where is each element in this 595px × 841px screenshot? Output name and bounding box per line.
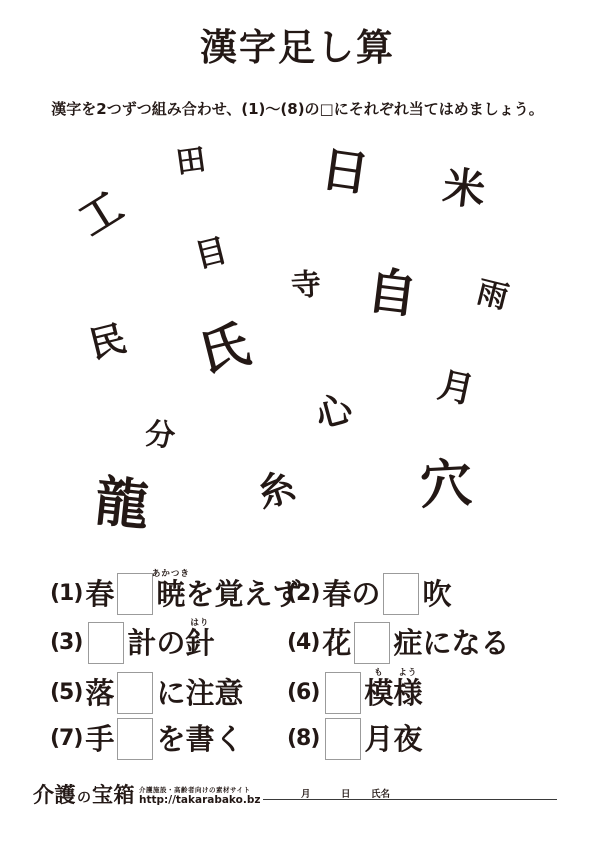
puzzle-item: (3)計の針はり [50, 621, 214, 665]
item-text: 模も [364, 679, 393, 708]
answer-box[interactable] [117, 672, 153, 714]
item-text: 春 [85, 580, 114, 609]
puzzle-item: (6)模も様よう [287, 671, 422, 715]
answer-box[interactable] [117, 573, 153, 615]
item-text: 月夜 [364, 725, 422, 754]
puzzle-item: (4)花症になる [287, 621, 509, 665]
site-url[interactable]: http://takarabako.bz [139, 795, 260, 806]
answer-box[interactable] [88, 622, 124, 664]
site-logo: 介護の宝箱 介護施設・高齢者向けの素材サイト http://takarabako… [33, 785, 260, 806]
item-text: を書く [156, 725, 243, 754]
item-text: 花 [322, 629, 351, 658]
item-text: 手 [85, 725, 114, 754]
furigana: はり [190, 619, 209, 628]
furigana: よう [398, 669, 417, 678]
puzzle-item: (5)落に注意 [50, 671, 243, 715]
puzzle-item: (8)月夜 [287, 717, 422, 761]
answer-box[interactable] [117, 718, 153, 760]
site-tagline: 介護施設・高齢者向けの素材サイト [139, 787, 260, 794]
item-text: 計の [127, 629, 185, 658]
item-number: (6) [287, 682, 319, 704]
name-label: 氏名 [371, 786, 390, 800]
item-number: (5) [50, 682, 82, 704]
logo-text-care: 介護 [33, 785, 76, 806]
item-text: 針はり [185, 629, 214, 658]
logo-text-box: 宝箱 [92, 785, 135, 806]
item-number: (3) [50, 632, 82, 654]
worksheet-page: 漢字足し算 漢字を2つずつ組み合わせ、(1)～(8)の□にそれぞれ当てはめましょ… [0, 0, 595, 841]
item-number: (8) [287, 728, 319, 750]
item-text: 落 [85, 679, 114, 708]
puzzle-item: (2)春の吹 [287, 572, 451, 616]
logo-text-no: の [76, 791, 92, 806]
puzzle-list: (1)春暁あかつきを覚えず(2)春の吹(3)計の針はり(4)花症になる(5)落に… [0, 0, 595, 841]
answer-box[interactable] [325, 718, 361, 760]
month-label: 月 [301, 786, 311, 800]
answer-box[interactable] [354, 622, 390, 664]
puzzle-item: (7)手を書く [50, 717, 243, 761]
item-number: (4) [287, 632, 319, 654]
item-text: 様よう [393, 679, 422, 708]
answer-box[interactable] [325, 672, 361, 714]
day-label: 日 [341, 786, 351, 800]
logo-side-text: 介護施設・高齢者向けの素材サイト http://takarabako.bz [139, 787, 260, 806]
item-text: に注意 [156, 679, 243, 708]
item-text: 症になる [393, 629, 509, 658]
answer-box[interactable] [383, 573, 419, 615]
item-text: 春の [322, 580, 380, 609]
item-number: (2) [287, 583, 319, 605]
item-number: (1) [50, 583, 82, 605]
furigana: あかつき [152, 570, 190, 579]
item-text: を覚えず [185, 580, 301, 609]
item-text: 吹 [422, 580, 451, 609]
item-number: (7) [50, 728, 82, 750]
item-text: 暁あかつき [156, 580, 185, 609]
name-writing-line[interactable] [263, 799, 557, 800]
furigana: も [374, 669, 384, 678]
puzzle-item: (1)春暁あかつきを覚えず [50, 572, 301, 616]
